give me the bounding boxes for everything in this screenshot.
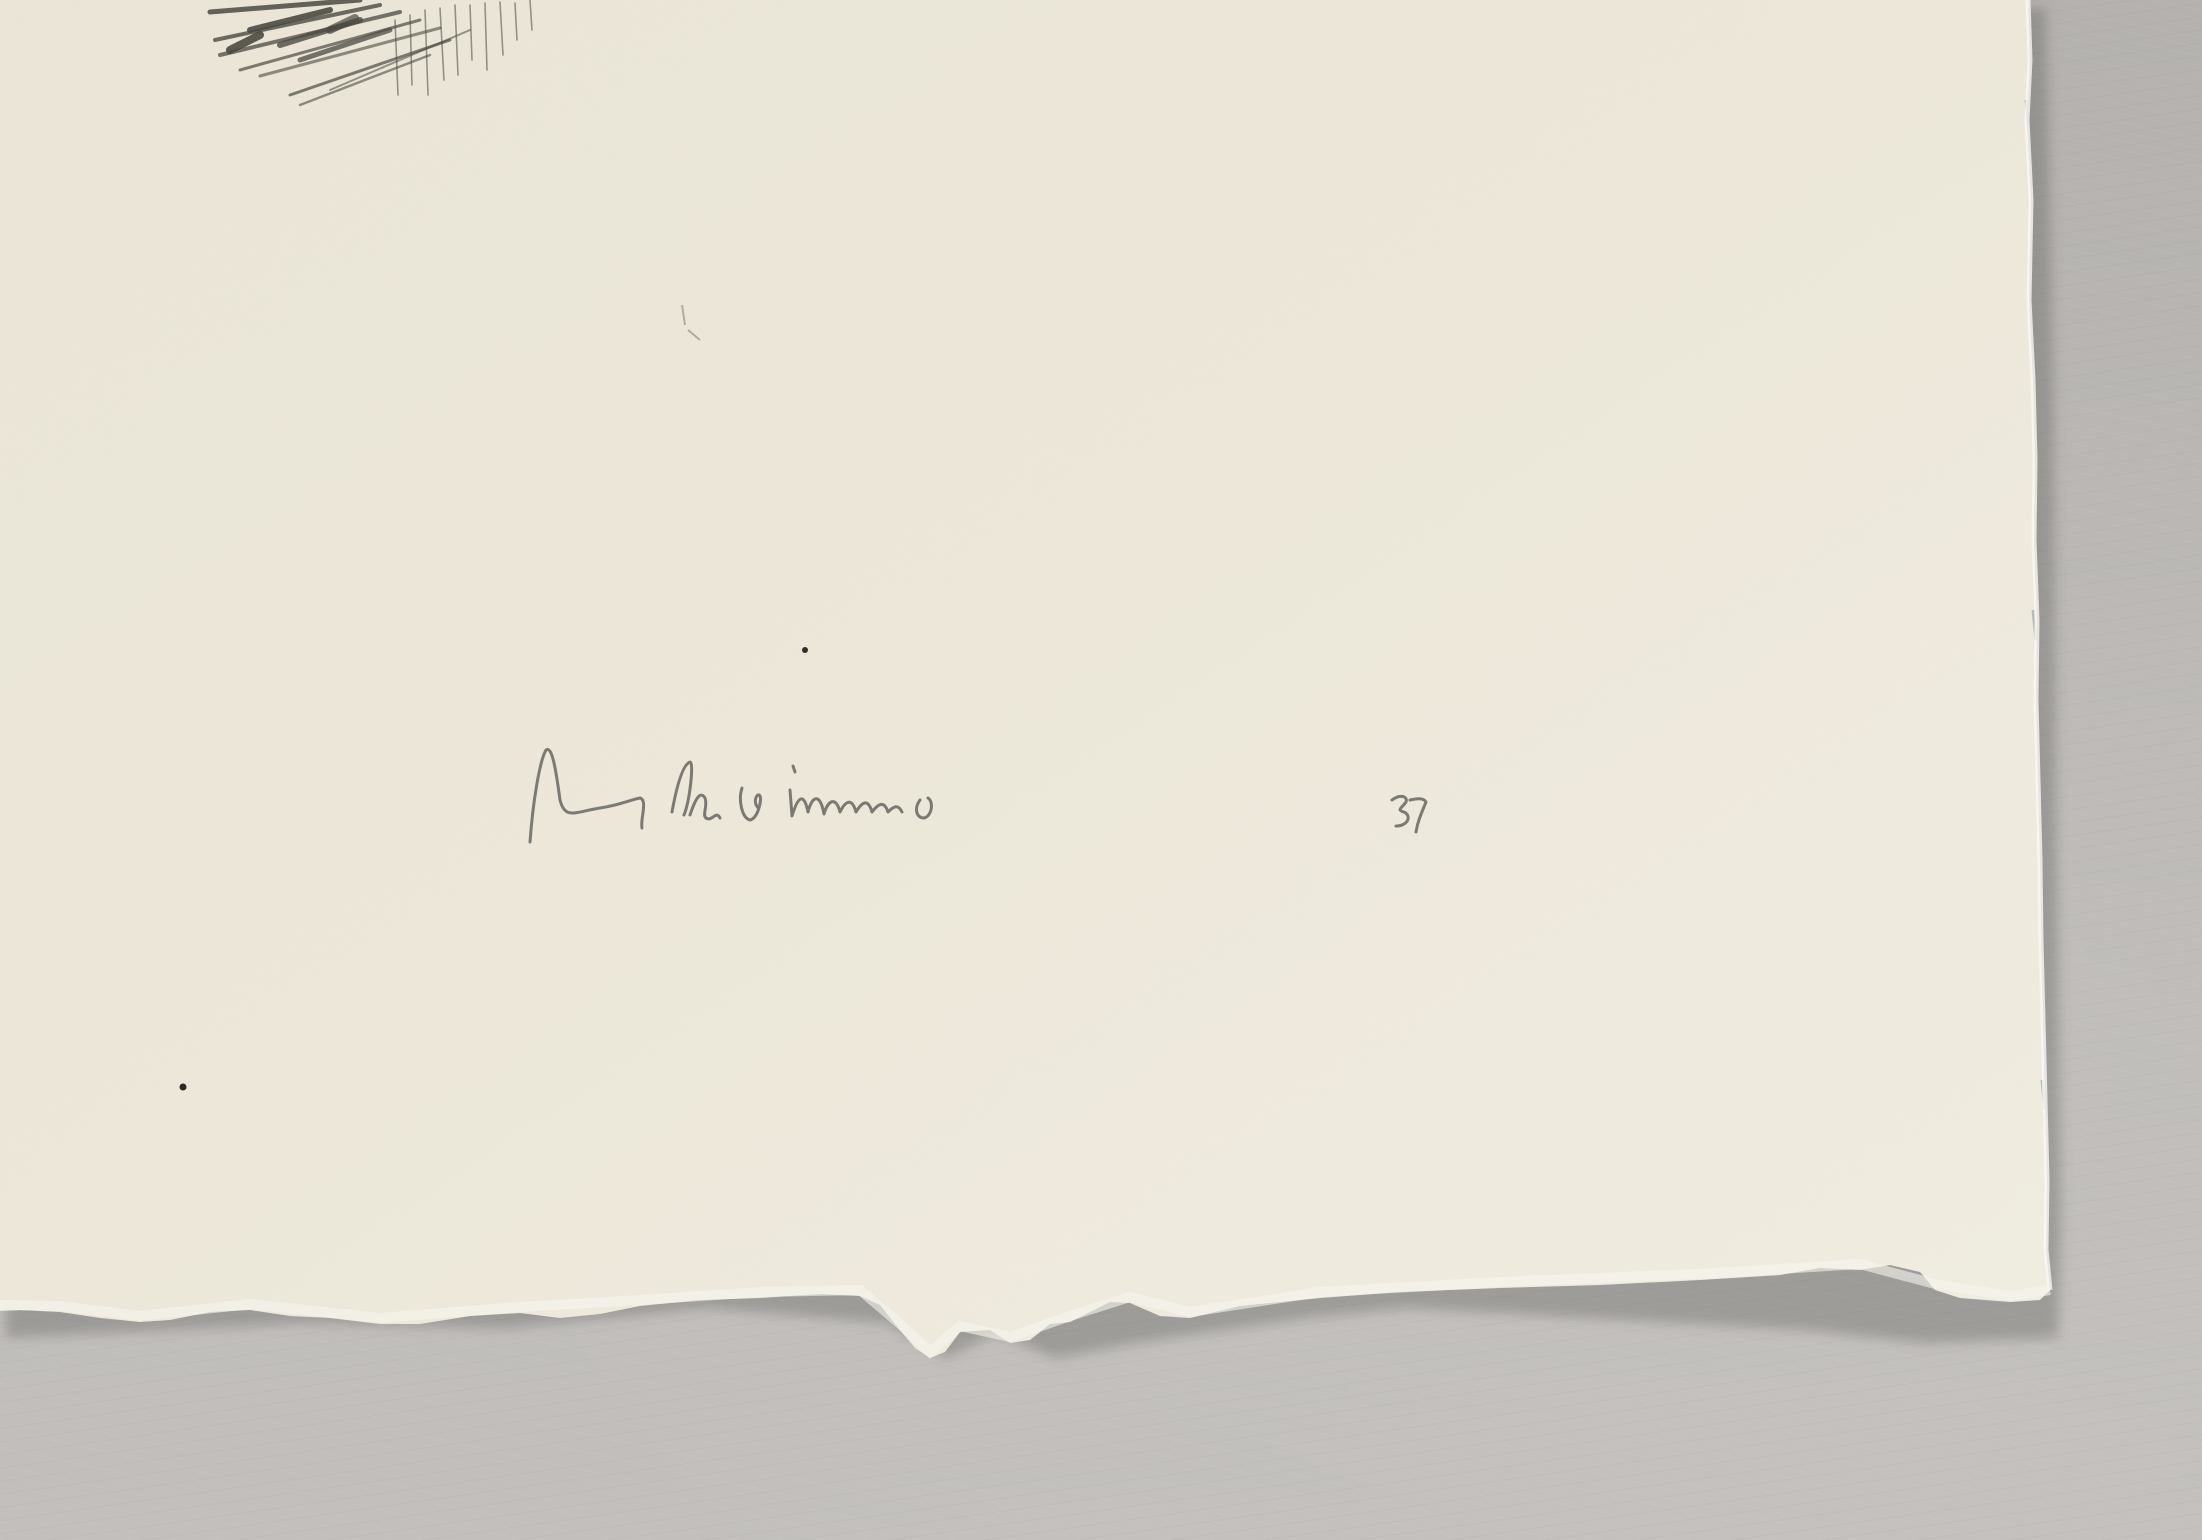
speck-mark (802, 647, 808, 653)
photo-scene: signature 37 (0, 0, 2202, 1540)
paper-sheet (0, 0, 2202, 1540)
paper-body (0, 0, 2050, 1358)
speck-mark (180, 1084, 187, 1091)
